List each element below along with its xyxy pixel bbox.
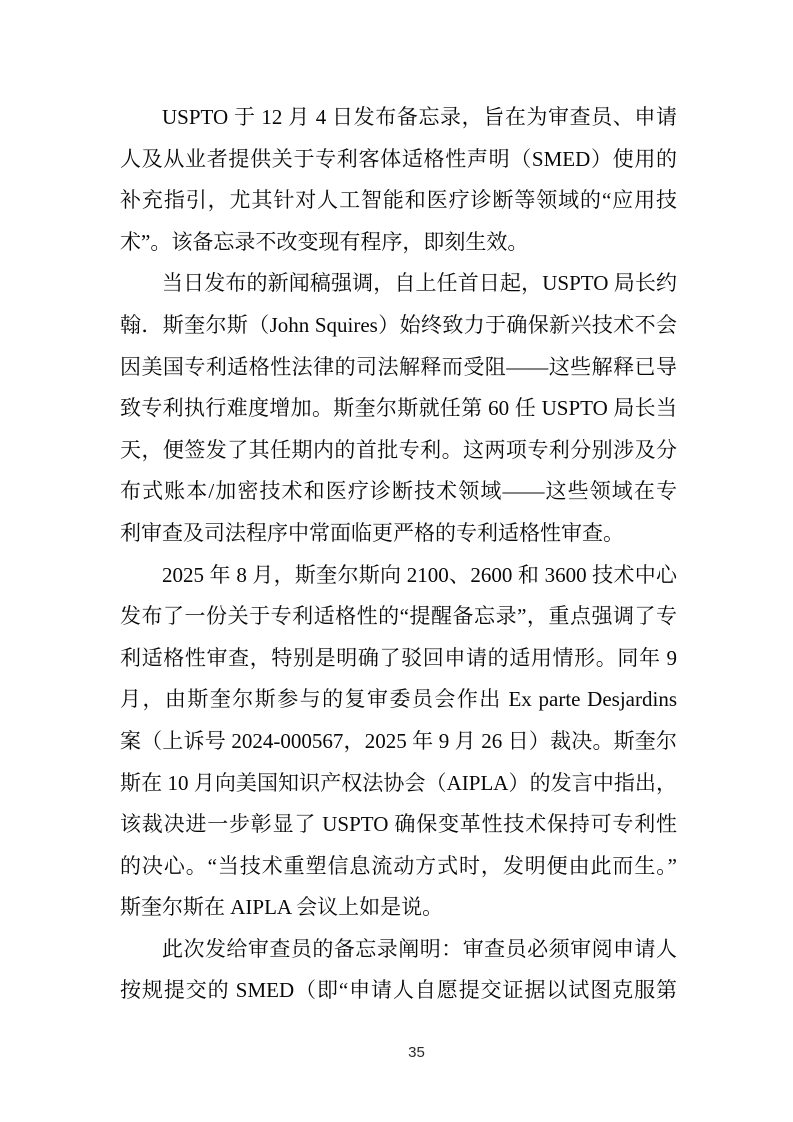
text-line: 致专利执行难度增加。斯奎尔斯就任第 60 任 USPTO 局长当: [120, 388, 677, 430]
text-line: 翰．斯奎尔斯（John Squires）始终致力于确保新兴技术不会: [120, 305, 677, 347]
document-page: USPTO 于 12 月 4 日发布备忘录，旨在为审查员、申请 人及从业者提供关…: [0, 0, 793, 1122]
text-line: 利适格性审查，特别是明确了驳回申请的适用情形。同年 9: [120, 638, 677, 680]
text-line: 斯奎尔斯在 AIPLA 会议上如是说。: [120, 887, 677, 929]
text-line: USPTO 于 12 月 4 日发布备忘录，旨在为审查员、申请: [120, 97, 677, 139]
document-body: USPTO 于 12 月 4 日发布备忘录，旨在为审查员、申请 人及从业者提供关…: [120, 97, 677, 1012]
text-line: 术”。该备忘录不改变现有程序，即刻生效。: [120, 222, 677, 264]
text-line: 人及从业者提供关于专利客体适格性声明（SMED）使用的: [120, 139, 677, 181]
text-line: 月，由斯奎尔斯参与的复审委员会作出 Ex parte Desjardins: [120, 679, 677, 721]
text-line: 此次发给审查员的备忘录阐明：审查员必须审阅申请人: [120, 929, 677, 971]
text-line: 的决心。“当技术重塑信息流动方式时，发明便由此而生。”: [120, 846, 677, 888]
text-line: 补充指引，尤其针对人工智能和医疗诊断等领域的“应用技: [120, 180, 677, 222]
page-number: 35: [408, 1044, 425, 1061]
text-line: 该裁决进一步彰显了 USPTO 确保变革性技术保持可专利性: [120, 804, 677, 846]
text-line: 因美国专利适格性法律的司法解释而受阻——这些解释已导: [120, 347, 677, 389]
text-line: 利审查及司法程序中常面临更严格的专利适格性审查。: [120, 513, 677, 555]
text-line: 案（上诉号 2024-000567，2025 年 9 月 26 日）裁决。斯奎尔: [120, 721, 677, 763]
text-line: 天，便签发了其任期内的首批专利。这两项专利分别涉及分: [120, 430, 677, 472]
text-line: 按规提交的 SMED（即“申请人自愿提交证据以试图克服第: [120, 970, 677, 1012]
text-line: 2025 年 8 月，斯奎尔斯向 2100、2600 和 3600 技术中心: [120, 555, 677, 597]
text-line: 当日发布的新闻稿强调，自上任首日起，USPTO 局长约: [120, 263, 677, 305]
text-line: 斯在 10 月向美国知识产权法协会（AIPLA）的发言中指出，: [120, 763, 677, 805]
page-footer: 35: [40, 1044, 793, 1062]
text-line: 布式账本/加密技术和医疗诊断技术领域——这些领域在专: [120, 471, 677, 513]
text-line: 发布了一份关于专利适格性的“提醒备忘录”，重点强调了专: [120, 596, 677, 638]
